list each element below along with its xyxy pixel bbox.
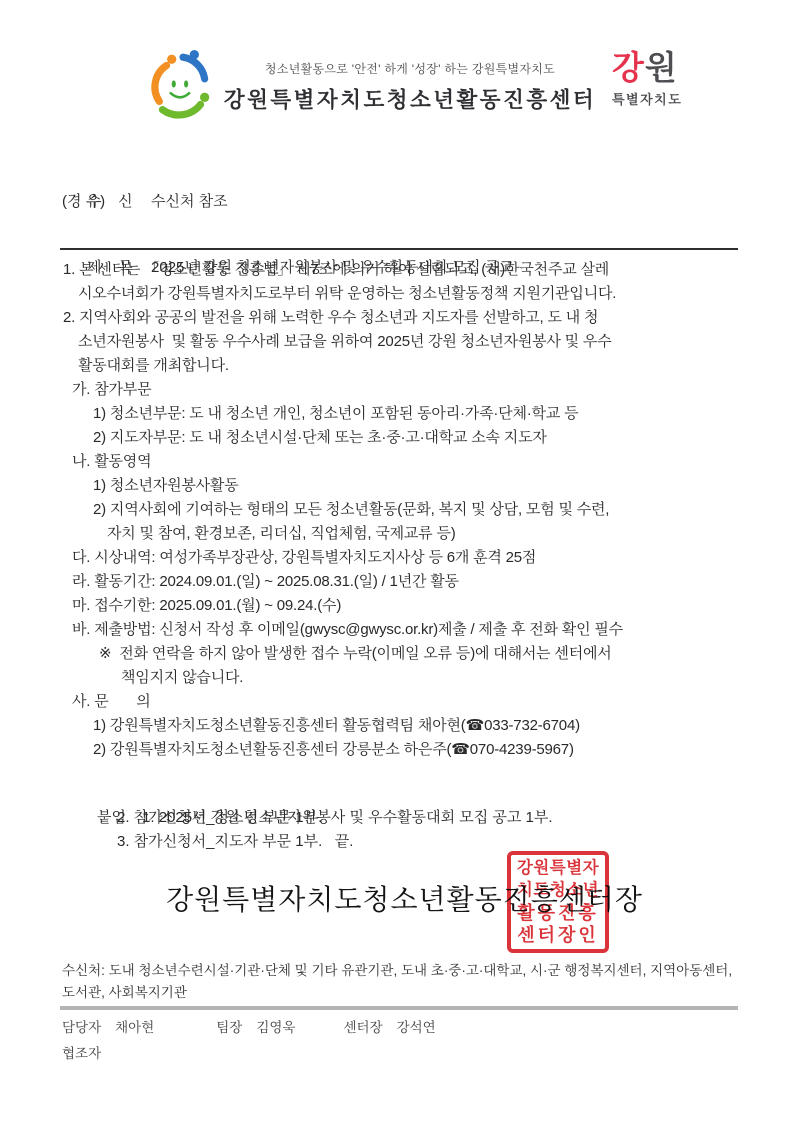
gangwon-province-logo: 강원 특별자치도	[612, 50, 722, 108]
header-org-name: 강원특별자치도청소년활동진흥센터	[222, 83, 598, 114]
staff-name: 채아현	[115, 1016, 154, 1036]
subject-row: 제 목2025년 강원 청소년자원봉사 및 우수활동대회 모집 공고	[62, 218, 514, 251]
attachments-block: 붙임1. 2025년 강원 청소년자원봉사 및 우수활동대회 모집 공고 1부.…	[60, 782, 760, 854]
staff-name: 강석연	[397, 1016, 436, 1036]
staff-role: 센터장	[343, 1016, 382, 1036]
body-line: 사. 문 의	[60, 690, 760, 714]
header-center: 청소년활동으로 '안전' 하게 '성장' 하는 강원특별자치도 강원특별자치도청…	[222, 60, 598, 114]
org-emblem-icon	[146, 50, 218, 122]
body-line: 2) 지역사회에 기여하는 형태의 모든 청소년활동(문화, 복지 및 상담, …	[60, 498, 760, 522]
footer-recipients: 수신처: 도내 청소년수련시설·기관·단체 및 기타 유관기관, 도내 초·중·…	[62, 960, 738, 1004]
body-line: ※ 전화 연락을 하지 않아 발생한 접수 누락(이메일 오류 등)에 대해서는…	[60, 642, 760, 666]
emblem-green-figure	[162, 105, 200, 115]
attachment-item: 3. 참가신청서_지도자 부문 1부. 끝.	[60, 830, 760, 854]
recipient-to-value: 수신처 참조	[151, 193, 228, 210]
body-line: 1) 청소년부문: 도 내 청소년 개인, 청소년이 포함된 동아리·가족·단체…	[60, 402, 760, 426]
body-line: 1) 강원특별자치도청소년활동진흥센터 활동협력팀 채아현(☎033-732-6…	[60, 714, 760, 738]
gangwon-logo-char-red: 강	[612, 49, 645, 86]
recipient-block: 수 신수신처 참조 (경 유) 제 목2025년 강원 청소년자원봉사 및 우수…	[62, 152, 514, 251]
footer-cooperator-label: 협조자	[62, 1042, 101, 1062]
body-line: 2. 지역사회와 공공의 발전을 위해 노력한 우수 청소년과 지도자를 선발하…	[60, 306, 760, 330]
document-body: 1. 본 센터는 「청소년활동 진흥법」 제7조에 의거 하여 설립되고, (재…	[60, 258, 760, 762]
body-line: 가. 참가부문	[60, 378, 760, 402]
document-page: 청소년활동으로 '안전' 하게 '성장' 하는 강원특별자치도 강원특별자치도청…	[0, 0, 793, 1122]
body-line: 라. 활동기간: 2024.09.01.(일) ~ 2025.08.31.(일)…	[60, 570, 760, 594]
footer-staff-row: 담당자 채아현 팀장 김영욱 센터장 강석연	[62, 1016, 436, 1036]
seal-row: 치도청소년	[516, 880, 600, 901]
staff-role: 담당자	[62, 1016, 101, 1036]
body-line: 1) 청소년자원봉사활동	[60, 474, 760, 498]
gangwon-logo-char-gray: 원	[645, 49, 678, 86]
body-line: 나. 활동영역	[60, 450, 760, 474]
body-line: 자치 및 참여, 환경보존, 리더십, 직업체험, 국제교류 등)	[60, 522, 760, 546]
official-seal-stamp: 강원특별자 치도청소년 활동진흥 센터장인	[507, 851, 609, 953]
attachment-row: 붙임1. 2025년 강원 청소년자원봉사 및 우수활동대회 모집 공고 1부.	[60, 782, 760, 806]
body-line: 1. 본 센터는 「청소년활동 진흥법」 제7조에 의거 하여 설립되고, (재…	[60, 258, 760, 282]
staff-role: 팀장	[216, 1016, 242, 1036]
body-line: 마. 접수기한: 2025.09.01.(월) ~ 09.24.(수)	[60, 594, 760, 618]
header-slogan: 청소년활동으로 '안전' 하게 '성장' 하는 강원특별자치도	[222, 60, 598, 77]
emblem-face	[162, 70, 197, 105]
body-line: 책임지지 않습니다.	[60, 666, 760, 690]
body-line: 다. 시상내역: 여성가족부장관상, 강원특별자치도지사상 등 6개 훈격 25…	[60, 546, 760, 570]
gangwon-logo-subtitle: 특별자치도	[612, 89, 722, 108]
seal-row: 활동진흥	[516, 903, 600, 924]
body-line: 시오수녀회가 강원특별자치도로부터 위탁 운영하는 청소년활동정책 지원기관입니…	[60, 282, 760, 306]
body-line: 소년자원봉사 및 활동 우수사례 보급을 위하여 2025년 강원 청소년자원봉…	[60, 330, 760, 354]
signature-title: 강원특별자치도청소년활동진흥센터장	[0, 878, 793, 918]
body-line: 활동대회를 개최합니다.	[60, 354, 760, 378]
subject-divider-line	[60, 248, 738, 250]
seal-row: 센터장인	[516, 925, 600, 946]
body-line: 2) 강원특별자치도청소년활동진흥센터 강릉분소 하은주(☎070-4239-5…	[60, 738, 760, 762]
body-line: 2) 지도자부문: 도 내 청소년시설·단체 또는 초·중·고·대학교 소속 지…	[60, 426, 760, 450]
recipient-to-row: 수 신수신처 참조	[62, 152, 514, 185]
footer-divider-bar	[60, 1006, 738, 1010]
seal-row: 강원특별자	[516, 858, 600, 879]
staff-name: 김영욱	[256, 1016, 295, 1036]
body-line: 바. 제출방법: 신청서 작성 후 이메일(gwysc@gwysc.or.kr)…	[60, 618, 760, 642]
